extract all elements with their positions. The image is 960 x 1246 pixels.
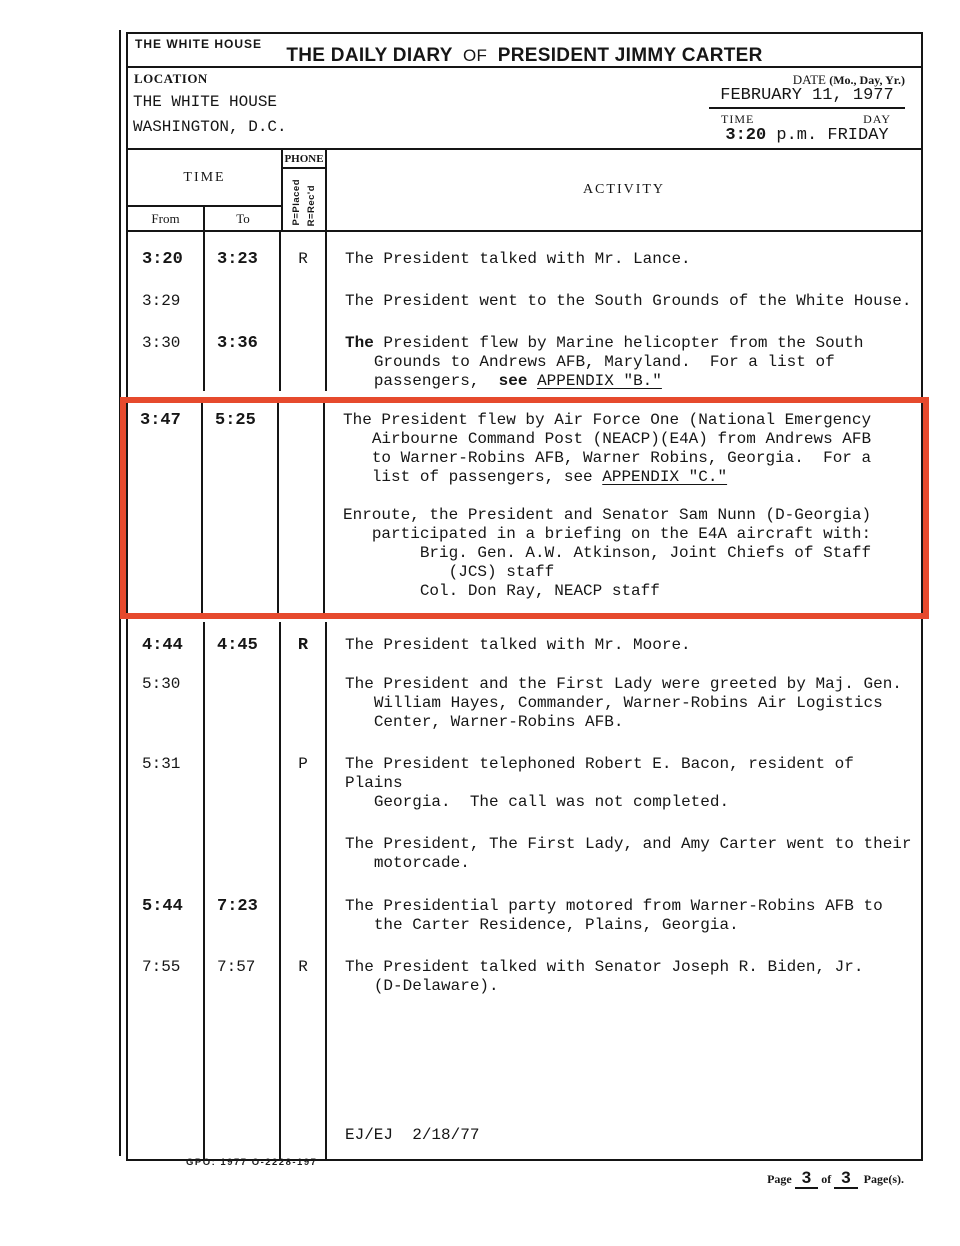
phone-cell: R — [281, 622, 327, 655]
diary-entries: 3:203:23RThe President talked with Mr. L… — [128, 232, 921, 1159]
time-from-cell: 3:20 — [128, 232, 205, 269]
location-value: THE WHITE HOUSEWASHINGTON, D.C. — [133, 90, 287, 140]
time-to-cell — [205, 812, 281, 873]
activity-cell: The President went to the South Grounds … — [327, 269, 921, 311]
time-to-cell: 3:36 — [205, 311, 281, 391]
page-number: Page3of3 Page(s). — [767, 1168, 904, 1188]
phone-cell: P — [281, 732, 327, 812]
time-from-cell: 7:55 — [128, 935, 205, 996]
phone-cell: R — [281, 232, 327, 269]
activity-text: EJ/EJ 2/18/77 — [345, 1126, 479, 1144]
time-from-cell: 3:47 — [126, 403, 203, 613]
phone-cell — [281, 996, 327, 1126]
current-page: 3 — [795, 1168, 818, 1189]
activity-cell: The President flew by Marine helicopter … — [327, 311, 921, 391]
activity-text: The Presidential party motored from Warn… — [345, 897, 883, 934]
time-column-header: TIME From To — [128, 150, 281, 230]
phone-cell — [279, 403, 325, 613]
time-to-cell: 7:57 — [205, 935, 281, 996]
spacer-row — [128, 996, 921, 1126]
time-day-labels: TIME DAY — [721, 112, 891, 127]
diary-entry: 3:29The President went to the South Grou… — [128, 269, 921, 311]
location-date-section: LOCATION THE WHITE HOUSEWASHINGTON, D.C.… — [126, 68, 923, 148]
time-from-cell — [128, 1126, 205, 1159]
from-column-header: From — [128, 207, 205, 230]
total-pages: 3 — [834, 1168, 857, 1189]
title-tail: PRESIDENT JIMMY CARTER — [498, 45, 763, 66]
activity-column-header: ACTIVITY — [327, 150, 921, 230]
time-to-cell — [205, 269, 281, 311]
phone-cell — [281, 873, 327, 935]
diary-entry: 3:203:23RThe President talked with Mr. L… — [128, 232, 921, 269]
time-to-cell — [205, 732, 281, 812]
received-legend: R=Rec'd — [306, 185, 317, 226]
diary-entry: 4:444:45RThe President talked with Mr. M… — [128, 622, 921, 655]
time-from-cell: 5:31 — [128, 732, 205, 812]
activity-text: Enroute, the President and Senator Sam N… — [343, 506, 871, 600]
time-to-cell: 4:45 — [205, 622, 281, 655]
time-from-cell: 3:30 — [128, 311, 205, 391]
time-label: TIME — [721, 112, 754, 127]
activity-cell: The Presidential party motored from Warn… — [327, 873, 921, 935]
time-to-cell — [205, 655, 281, 732]
phone-cell — [281, 1126, 327, 1159]
time-from-cell: 5:44 — [128, 873, 205, 935]
location-label: LOCATION — [134, 71, 208, 87]
activity-text: The President talked with Mr. Lance. — [345, 250, 691, 268]
diary-entry: 5:447:23The Presidential party motored f… — [128, 873, 921, 935]
activity-cell: EJ/EJ 2/18/77 — [327, 1126, 921, 1159]
location-line1: THE WHITE HOUSE — [133, 93, 277, 111]
phone-cell — [281, 812, 327, 873]
activity-text — [527, 372, 537, 390]
time-to-cell — [205, 996, 281, 1126]
phone-cell — [281, 655, 327, 732]
title-mid: OF — [463, 46, 487, 65]
pages-word: Page(s). — [864, 1172, 904, 1186]
day-of-week: FRIDAY — [827, 126, 888, 145]
form-boxes: THE WHITE HOUSE THE DAILY DIARY OF PRESI… — [126, 32, 923, 1161]
time-from-cell — [128, 996, 205, 1126]
page-title: THE DAILY DIARY OF PRESIDENT JIMMY CARTE… — [128, 45, 921, 67]
phone-cell: R — [281, 935, 327, 996]
date-value: FEBRUARY 11, 1977 — [709, 86, 905, 109]
diary-table: TIME From To PHONE P=Placed R=Rec'd ACTI… — [126, 148, 923, 1161]
activity-text: The — [345, 334, 374, 352]
time-to-cell: 7:23 — [205, 873, 281, 935]
time-to-cell: 3:23 — [205, 232, 281, 269]
document-page: THE WHITE HOUSE THE DAILY DIARY OF PRESI… — [0, 0, 960, 1246]
diary-entry: 3:303:36The President flew by Marine hel… — [128, 311, 921, 391]
activity-cell: The President flew by Air Force One (Nat… — [325, 403, 923, 613]
activity-text: The President telephoned Robert E. Bacon… — [345, 755, 864, 811]
activity-cell: The President telephoned Robert E. Bacon… — [327, 732, 921, 812]
activity-text: The President went to the South Grounds … — [345, 292, 912, 310]
phone-cell — [281, 269, 327, 311]
location-line2: WASHINGTON, D.C. — [133, 118, 287, 136]
activity-cell: The President talked with Mr. Moore. — [327, 622, 921, 655]
to-column-header: To — [205, 207, 281, 230]
highlighted-entry: 3:475:25The President flew by Air Force … — [120, 397, 929, 619]
day-label: DAY — [863, 112, 891, 127]
activity-text: The President talked with Senator Joseph… — [345, 958, 863, 995]
diary-entry: 7:557:57RThe President talked with Senat… — [128, 935, 921, 996]
activity-text: The President, The First Lady, and Amy C… — [345, 835, 912, 872]
activity-text: The President and the First Lady were gr… — [345, 675, 902, 731]
time-from-cell: 5:30 — [128, 655, 205, 732]
time-from-cell: 4:44 — [128, 622, 205, 655]
page-word: Page — [767, 1172, 792, 1186]
activity-cell: The President, The First Lady, and Amy C… — [327, 812, 921, 873]
time-day-value: 3:20 p.m. FRIDAY — [701, 126, 913, 145]
placed-legend: P=Placed — [291, 179, 302, 226]
time-from-cell — [128, 812, 205, 873]
phone-cell — [281, 311, 327, 391]
from-to-subheader: From To — [128, 205, 281, 230]
diary-entry: 5:31PThe President telephoned Robert E. … — [128, 732, 921, 812]
time-of-day: 3:20 — [725, 126, 766, 145]
activity-cell — [327, 996, 921, 1126]
activity-text: APPENDIX "B." — [537, 372, 662, 390]
phone-column-header: PHONE P=Placed R=Rec'd — [281, 150, 327, 230]
phone-legend: P=Placed R=Rec'd — [283, 169, 325, 230]
activity-text: see — [499, 372, 528, 390]
activity-text: The President talked with Mr. Moore. — [345, 636, 691, 654]
activity-text: APPENDIX "C." — [602, 468, 727, 486]
gpo-imprint: GPO: 1977 O-2228-197 — [186, 1157, 317, 1168]
diary-entry: 5:30The President and the First Lady wer… — [128, 655, 921, 732]
time-from-cell: 3:29 — [128, 269, 205, 311]
time-to-cell — [205, 1126, 281, 1159]
diary-entry: EJ/EJ 2/18/77 — [128, 1126, 921, 1159]
activity-cell: The President talked with Senator Joseph… — [327, 935, 921, 996]
title-lead: THE DAILY DIARY — [286, 45, 452, 66]
of-word: of — [821, 1172, 831, 1186]
title-box: THE WHITE HOUSE THE DAILY DIARY OF PRESI… — [126, 32, 923, 68]
table-header: TIME From To PHONE P=Placed R=Rec'd ACTI… — [128, 150, 921, 232]
date-format-hint: (Mo., Day, Yr.) — [829, 73, 905, 87]
diary-entry: The President, The First Lady, and Amy C… — [128, 812, 921, 873]
activity-cell: The President and the First Lady were gr… — [327, 655, 921, 732]
time-to-cell: 5:25 — [203, 403, 279, 613]
activity-cell: The President talked with Mr. Lance. — [327, 232, 921, 269]
